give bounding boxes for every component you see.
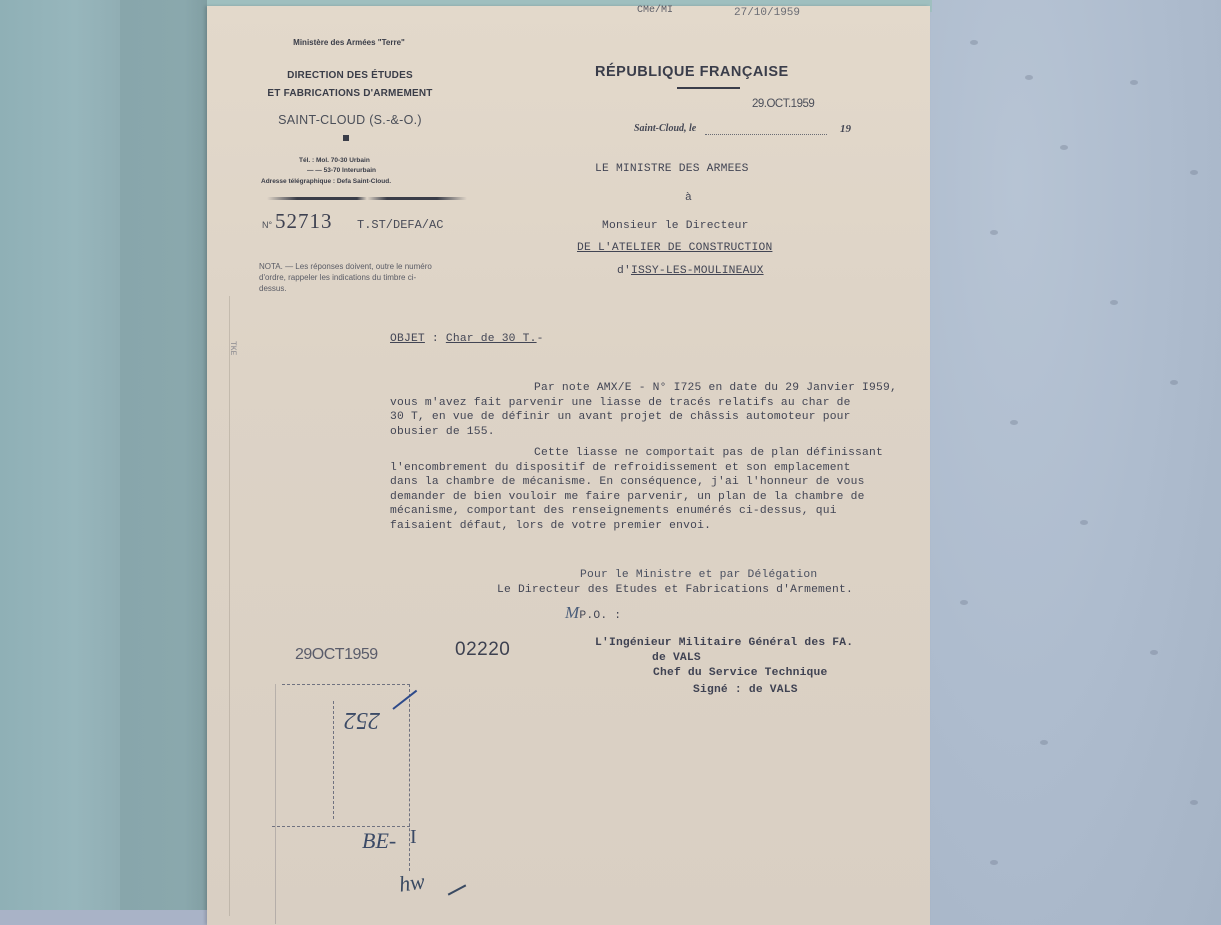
- subject-line: OBJET : Char de 30 T.-: [390, 333, 544, 345]
- handwritten-initials-underline: [448, 884, 467, 895]
- signature-engineer: L'Ingénieur Militaire Général des FA.: [595, 637, 853, 649]
- subject-label: OBJET: [390, 333, 425, 345]
- letterhead-direction-line2: ET FABRICATIONS D'ARMEMENT: [247, 88, 453, 99]
- letterhead-direction-line1: DIRECTION DES ÉTUDES: [247, 70, 453, 81]
- place-year: 19: [840, 123, 851, 135]
- body-paragraph-2: Cette liasse ne comportait pas de plan d…: [390, 446, 883, 534]
- signature-name: de VALS: [652, 652, 701, 664]
- body-line: dans la chambre de mécanisme. En conséqu…: [390, 475, 883, 490]
- subject-suffix: -: [537, 333, 544, 345]
- letterhead-divider: [267, 197, 467, 200]
- body-line: obusier de 155.: [390, 425, 897, 440]
- body-line: mécanisme, comportant des renseignements…: [390, 504, 883, 519]
- reference-number: 52713: [275, 209, 333, 234]
- signature-signed: Signé : de VALS: [693, 684, 798, 696]
- date-stamp: 29.OCT.1959: [752, 98, 814, 110]
- recipient-location: d'ISSY-LES-MOULINEAUX: [617, 265, 764, 277]
- subject-separator: :: [425, 333, 446, 345]
- address-to-prefix: à: [685, 192, 692, 204]
- reference-prefix: N°: [262, 220, 272, 230]
- recipient-location-prefix: d': [617, 265, 631, 277]
- letterhead-telegraph: Adresse télégraphique : Defa Saint-Cloud…: [261, 178, 391, 185]
- file-mark-date: 27/10/1959: [734, 7, 800, 19]
- signature-delegation: Pour le Ministre et par Délégation: [580, 569, 817, 581]
- subject-value: Char de 30 T.: [446, 333, 537, 345]
- reference-code: T.ST/DEFA/AC: [357, 218, 443, 232]
- body-line: Cette liasse ne comportait pas de plan d…: [390, 446, 883, 461]
- stamp-box-border: [275, 684, 276, 924]
- table-surface: [930, 0, 1221, 925]
- po-handwritten-initial: M: [565, 603, 579, 622]
- body-line: vous m'avez fait parvenir une liasse de …: [390, 396, 897, 411]
- letterhead-bullet-icon: [343, 135, 349, 141]
- body-line: l'encombrement du dispositif de refroidi…: [390, 461, 883, 476]
- receipt-stamp-date: 29OCT1959: [295, 646, 378, 664]
- folder-cover-left: [0, 0, 125, 925]
- letterhead-city: SAINT-CLOUD (S.-&-O.): [247, 113, 453, 127]
- place-prefix: Saint-Cloud, le: [634, 123, 696, 134]
- letterhead-nota: NOTA. — Les réponses doivent, outre le n…: [259, 261, 439, 294]
- handwritten-department: BE-: [362, 828, 396, 854]
- signature-po: MP.O. :: [565, 603, 621, 623]
- letter-page: Ministère des Armées "Terre" DIRECTION D…: [207, 6, 930, 925]
- handwritten-roman-numeral: I: [410, 826, 417, 849]
- stamp-box-border: [282, 684, 410, 685]
- handwritten-number: 252: [344, 706, 380, 733]
- body-line: 30 T, en vue de définir un avant projet …: [390, 410, 897, 425]
- recipient: Monsieur le Directeur: [602, 220, 749, 232]
- letterhead-tel-line2: — — 53-70 Interurbain: [307, 167, 376, 174]
- receipt-stamp-number: 02220: [455, 639, 510, 661]
- folder-cover-fold: [120, 0, 212, 925]
- signature-title: Chef du Service Technique: [653, 667, 827, 679]
- body-line: Par note AMX/E - N° I725 en date du 29 J…: [390, 381, 897, 396]
- signature-director: Le Directeur des Etudes et Fabrications …: [497, 584, 853, 596]
- sender: LE MINISTRE DES ARMEES: [595, 163, 749, 175]
- letterhead-ministry: Ministère des Armées "Terre": [259, 38, 439, 47]
- recipient-location-name: ISSY-LES-MOULINEAUX: [631, 265, 764, 277]
- date-dotted-line: [705, 134, 827, 135]
- stamp-box-border: [272, 826, 410, 827]
- margin-note: TKE: [228, 341, 237, 355]
- letterhead-tel-line1: Tél. : Mol. 70-30 Urbain: [299, 157, 370, 164]
- handwritten-initials: hw: [397, 868, 426, 897]
- folder-bottom-edge: [0, 910, 210, 925]
- republique-heading: RÉPUBLIQUE FRANÇAISE: [595, 64, 789, 80]
- table-texture: [930, 0, 1221, 925]
- body-line: demander de bien vouloir me faire parven…: [390, 490, 883, 505]
- body-paragraph-1: Par note AMX/E - N° I725 en date du 29 J…: [390, 381, 897, 439]
- recipient-atelier: DE L'ATELIER DE CONSTRUCTION: [577, 242, 772, 254]
- file-mark-initials: CMe/MI: [637, 5, 673, 16]
- republique-underline: [677, 87, 740, 89]
- page-fold: [229, 296, 230, 916]
- stamp-box-border: [333, 701, 334, 819]
- handwritten-slash: [392, 690, 417, 710]
- body-line: faisaient défaut, lors de votre premier …: [390, 519, 883, 534]
